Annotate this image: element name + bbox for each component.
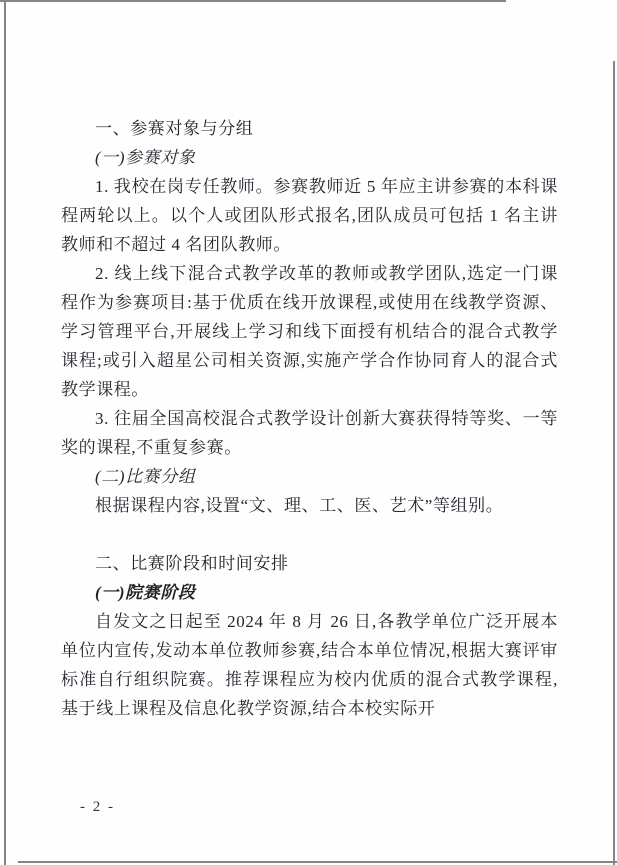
section2-sub1-heading: (一)院赛阶段 [61,578,558,607]
scan-edge-right [613,61,615,865]
page-number: - 2 - [80,799,115,816]
section1-paragraph-2: 2. 线上线下混合式教学改革的教师或教学团队,选定一门课程作为参赛项目:基于优质… [61,259,558,404]
section1-paragraph-1: 1. 我校在岗专任教师。参赛教师近 5 年应主讲参赛的本科课程两轮以上。以个人或… [61,172,558,259]
section2-heading: 二、比赛阶段和时间安排 [61,549,558,578]
document-page: 一、参赛对象与分组 (一)参赛对象 1. 我校在岗专任教师。参赛教师近 5 年应… [0,0,617,865]
section1-paragraph-3: 3. 往届全国高校混合式教学设计创新大赛获得特等奖、一等奖的课程,不重复参赛。 [61,404,558,462]
scan-edge-bottom [18,861,617,863]
scan-edge-top [0,0,506,2]
section1-paragraph-4: 根据课程内容,设置“文、理、工、医、艺术”等组别。 [61,491,558,520]
section1-sub2-heading: (二)比赛分组 [61,462,558,491]
scan-edge-left [4,0,6,865]
section2-paragraph-1: 自发文之日起至 2024 年 8 月 26 日,各教学单位广泛开展本单位内宣传,… [61,607,558,723]
section1-sub1-heading: (一)参赛对象 [61,143,558,172]
document-content: 一、参赛对象与分组 (一)参赛对象 1. 我校在岗专任教师。参赛教师近 5 年应… [61,114,558,723]
section1-heading: 一、参赛对象与分组 [61,114,558,143]
